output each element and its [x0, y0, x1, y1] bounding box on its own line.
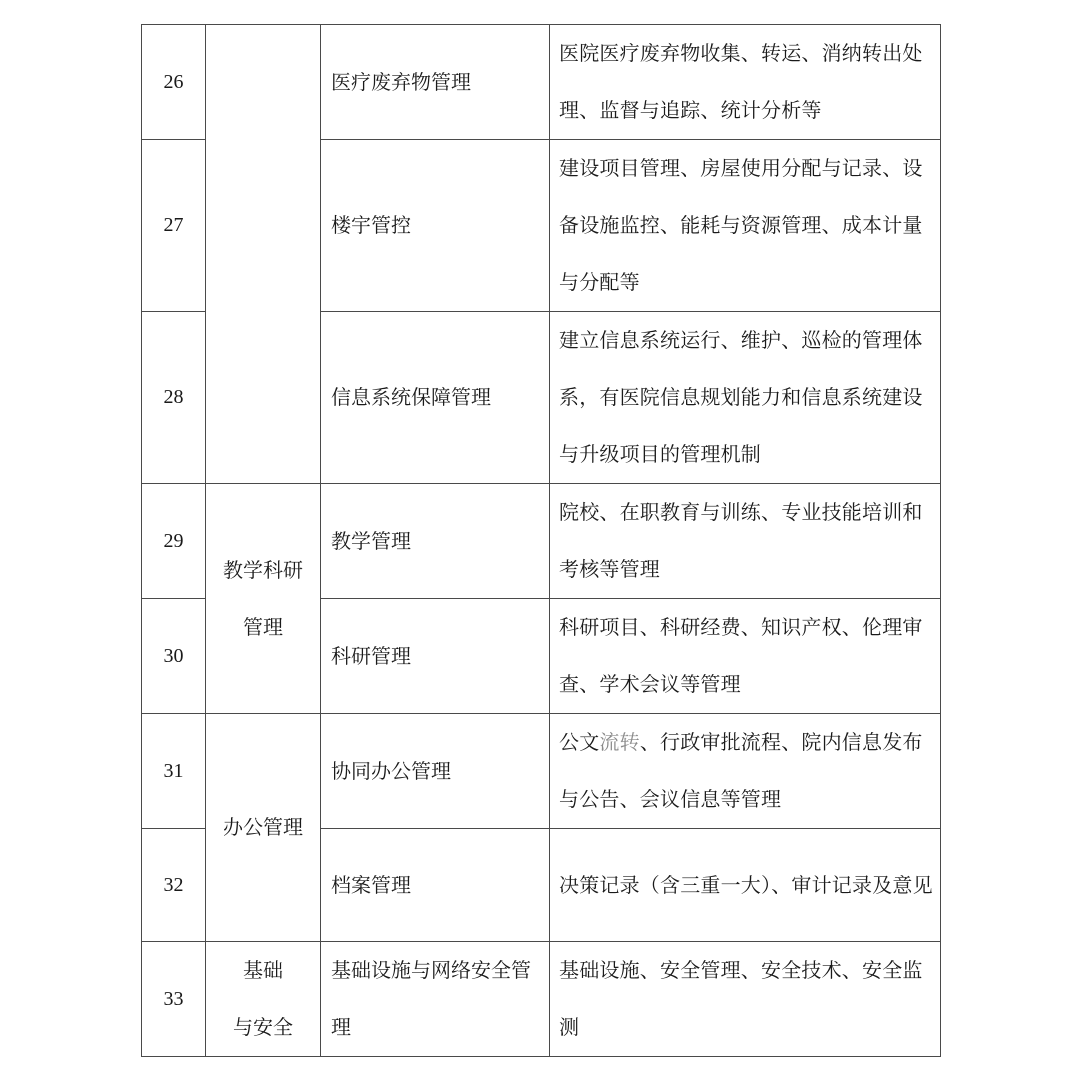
category-cell: 教学科研 管理	[206, 484, 321, 714]
item-description: 基础设施、安全管理、安全技术、安全监测	[550, 942, 941, 1057]
item-description: 院校、在职教育与训练、专业技能培训和考核等管理	[550, 484, 941, 599]
table-row: 26 医疗废弃物管理 医院医疗废弃物收集、转运、消纳转出处理、监督与追踪、统计分…	[142, 25, 941, 140]
item-name: 档案管理	[321, 829, 550, 942]
row-number: 30	[142, 599, 206, 714]
row-number: 31	[142, 714, 206, 829]
category-label-line1: 教学科研	[206, 542, 320, 599]
item-description: 建设项目管理、房屋使用分配与记录、设备设施监控、能耗与资源管理、成本计量与分配等	[550, 140, 941, 312]
item-description: 科研项目、科研经费、知识产权、伦理审查、学术会议等管理	[550, 599, 941, 714]
row-number: 28	[142, 312, 206, 484]
category-cell: 办公管理	[206, 714, 321, 942]
item-name: 教学管理	[321, 484, 550, 599]
row-number: 32	[142, 829, 206, 942]
category-label-line1: 基础	[206, 942, 320, 999]
item-description: 公文流转、行政审批流程、院内信息发布与公告、会议信息等管理	[550, 714, 941, 829]
category-cell	[206, 25, 321, 484]
row-number: 27	[142, 140, 206, 312]
row-number: 26	[142, 25, 206, 140]
item-name: 楼宇管控	[321, 140, 550, 312]
item-name: 科研管理	[321, 599, 550, 714]
category-label-line2: 与安全	[206, 999, 320, 1056]
function-table: 26 医疗废弃物管理 医院医疗废弃物收集、转运、消纳转出处理、监督与追踪、统计分…	[141, 24, 941, 1057]
item-name: 基础设施与网络安全管理	[321, 942, 550, 1057]
desc-text-faded: 流转	[599, 730, 639, 754]
table-row: 31 办公管理 协同办公管理 公文流转、行政审批流程、院内信息发布与公告、会议信…	[142, 714, 941, 829]
row-number: 29	[142, 484, 206, 599]
item-description: 建立信息系统运行、维护、巡检的管理体系，有医院信息规划能力和信息系统建设与升级项…	[550, 312, 941, 484]
desc-text: 公文	[559, 730, 599, 754]
table-row: 29 教学科研 管理 教学管理 院校、在职教育与训练、专业技能培训和考核等管理	[142, 484, 941, 599]
category-label-line2: 管理	[206, 599, 320, 656]
item-name: 信息系统保障管理	[321, 312, 550, 484]
item-description: 决策记录（含三重一大）、审计记录及意见	[550, 829, 941, 942]
item-name: 医疗废弃物管理	[321, 25, 550, 140]
row-number: 33	[142, 942, 206, 1057]
item-description: 医院医疗废弃物收集、转运、消纳转出处理、监督与追踪、统计分析等	[550, 25, 941, 140]
item-name: 协同办公管理	[321, 714, 550, 829]
table-row: 33 基础 与安全 基础设施与网络安全管理 基础设施、安全管理、安全技术、安全监…	[142, 942, 941, 1057]
category-cell: 基础 与安全	[206, 942, 321, 1057]
